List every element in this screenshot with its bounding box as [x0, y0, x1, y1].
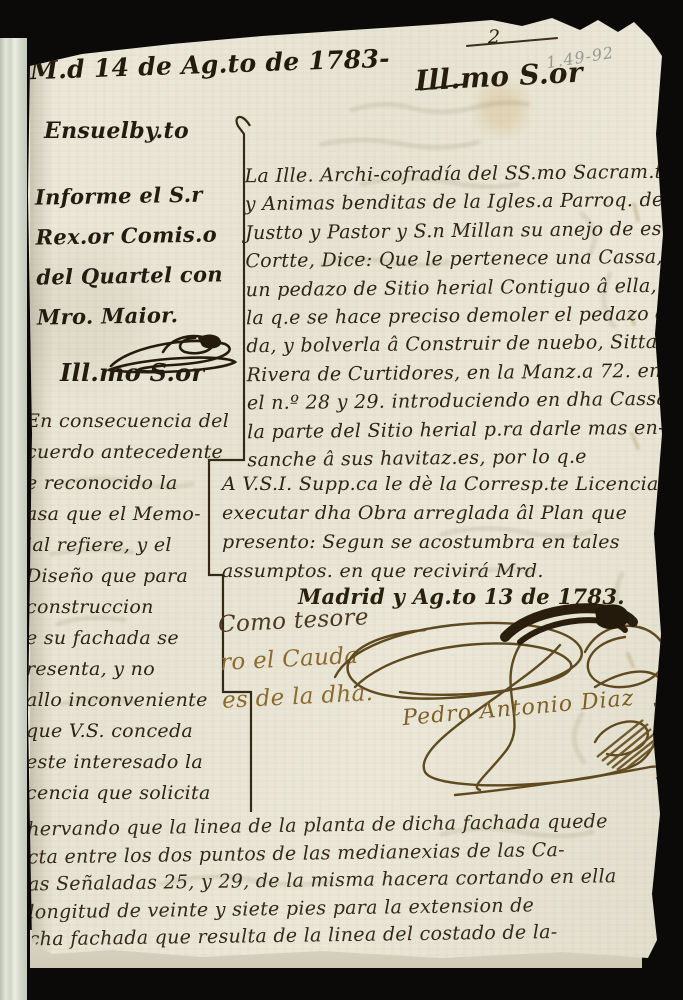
- petition-line: la q.e se hace preciso demoler el pedazo…: [246, 300, 666, 333]
- request-line: A V.S.I. Supp.ca le dè la Corresp.te Lic…: [222, 470, 683, 499]
- request-line: assumptos. en que recivirá Mrd.: [222, 557, 683, 586]
- petition-line: Cortte, Dice: Que le pertenece una Cassa…: [245, 243, 665, 276]
- petition-line: la parte del Sitio herial p.ra darle mas…: [247, 413, 667, 446]
- petition-line: el n.º 28 y 29. introduciendo en dha Cas…: [247, 385, 667, 418]
- manuscript-page: M.d 14 de Ag.to de 1783- 2 1.49-92 Ill.m…: [22, 14, 668, 962]
- petition-line: Rivera de Curtidores, en la Manz.a 72. e…: [246, 357, 666, 390]
- petition-line: da, y bolverla â Construir de nuebo, Sit…: [246, 328, 666, 361]
- petition-body: La Ille. Archi-cofradía del SS.mo Sacram…: [244, 158, 667, 475]
- petition-line: La Ille. Archi-cofradía del SS.mo Sacram…: [244, 158, 664, 191]
- closing-paragraph: hervando que la linea de la planta de di…: [27, 808, 665, 954]
- petition-line: y Animas benditas de la Igles.a Parroq. …: [245, 186, 665, 219]
- request-line: presento: Segun se acostumbra en tales: [222, 528, 683, 557]
- petition-request: A V.S.I. Supp.ca le dè la Corresp.te Lic…: [222, 470, 683, 586]
- petition-line: un pedazo de Sitio herial Contiguo â ell…: [246, 271, 666, 304]
- margin-salutation: Ill.mo S.or: [60, 358, 204, 387]
- margin-resolution-line: Ensuelby.to: [44, 118, 189, 144]
- margin-resolution-line: Informe el S.r: [35, 174, 222, 217]
- petition-line: Justto y Pastor y S.n Millan su anejo de…: [245, 215, 665, 248]
- book-binding-edge: [0, 38, 27, 1000]
- request-line: executar dha Obra arreglada âl Plan que: [222, 499, 683, 528]
